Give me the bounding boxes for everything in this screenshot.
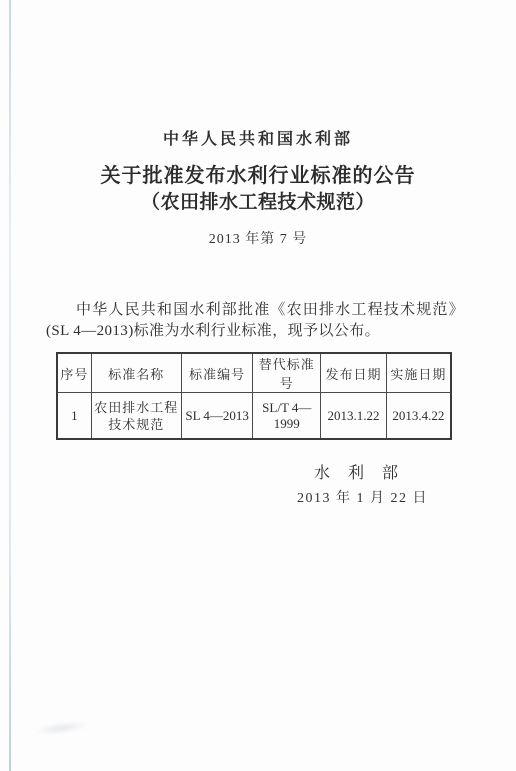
body-paragraph-line1: 中华人民共和国水利部批准《农田排水工程技术规范》 xyxy=(46,300,462,321)
column-header-publish-date: 发布日期 xyxy=(321,353,387,393)
table-row: 1 农田排水工程 技术规范 SL 4—2013 SL/T 4—1999 2013… xyxy=(57,393,451,440)
signature-date: 2013 年 1 月 22 日 xyxy=(297,487,428,507)
standards-table: 序号 标准名称 标准编号 替代标准号 发布日期 实施日期 1 农田排水工程 技术… xyxy=(56,352,452,440)
document-number: 2013 年第 7 号 xyxy=(0,228,516,248)
body-paragraph-line2: (SL 4—2013)标准为水利行业标准，现予以公布。 xyxy=(46,321,462,342)
column-header-index: 序号 xyxy=(57,353,91,393)
column-header-standard-name: 标准名称 xyxy=(91,353,181,393)
scanned-document-page: 中华人民共和国水利部 关于批准发布水利行业标准的公告 （农田排水工程技术规范） … xyxy=(0,0,516,771)
column-header-replaced-code: 替代标准号 xyxy=(253,353,321,393)
cell-standard-code: SL 4—2013 xyxy=(181,393,253,440)
cell-implement-date: 2013.4.22 xyxy=(386,393,451,440)
issuing-organization-title: 中华人民共和国水利部 xyxy=(0,126,516,149)
signature-org: 水 利 部 xyxy=(314,460,405,483)
cell-publish-date: 2013.1.22 xyxy=(321,393,387,440)
standard-name-line1: 农田排水工程 xyxy=(93,399,180,416)
standard-name-line2: 技术规范 xyxy=(93,416,180,433)
column-header-standard-code: 标准编号 xyxy=(181,353,253,393)
announcement-title: 关于批准发布水利行业标准的公告 xyxy=(0,159,516,188)
scan-smudge-artifact xyxy=(33,718,90,738)
column-header-implement-date: 实施日期 xyxy=(386,353,451,393)
cell-index: 1 xyxy=(57,393,91,440)
body-paragraph: 中华人民共和国水利部批准《农田排水工程技术规范》 (SL 4—2013)标准为水… xyxy=(46,300,462,342)
cell-standard-name: 农田排水工程 技术规范 xyxy=(91,393,181,440)
announcement-subtitle: （农田排水工程技术规范） xyxy=(0,187,516,214)
table-header-row: 序号 标准名称 标准编号 替代标准号 发布日期 实施日期 xyxy=(57,353,451,393)
cell-replaced-code: SL/T 4—1999 xyxy=(253,393,321,440)
scan-edge-artifact xyxy=(9,0,11,771)
